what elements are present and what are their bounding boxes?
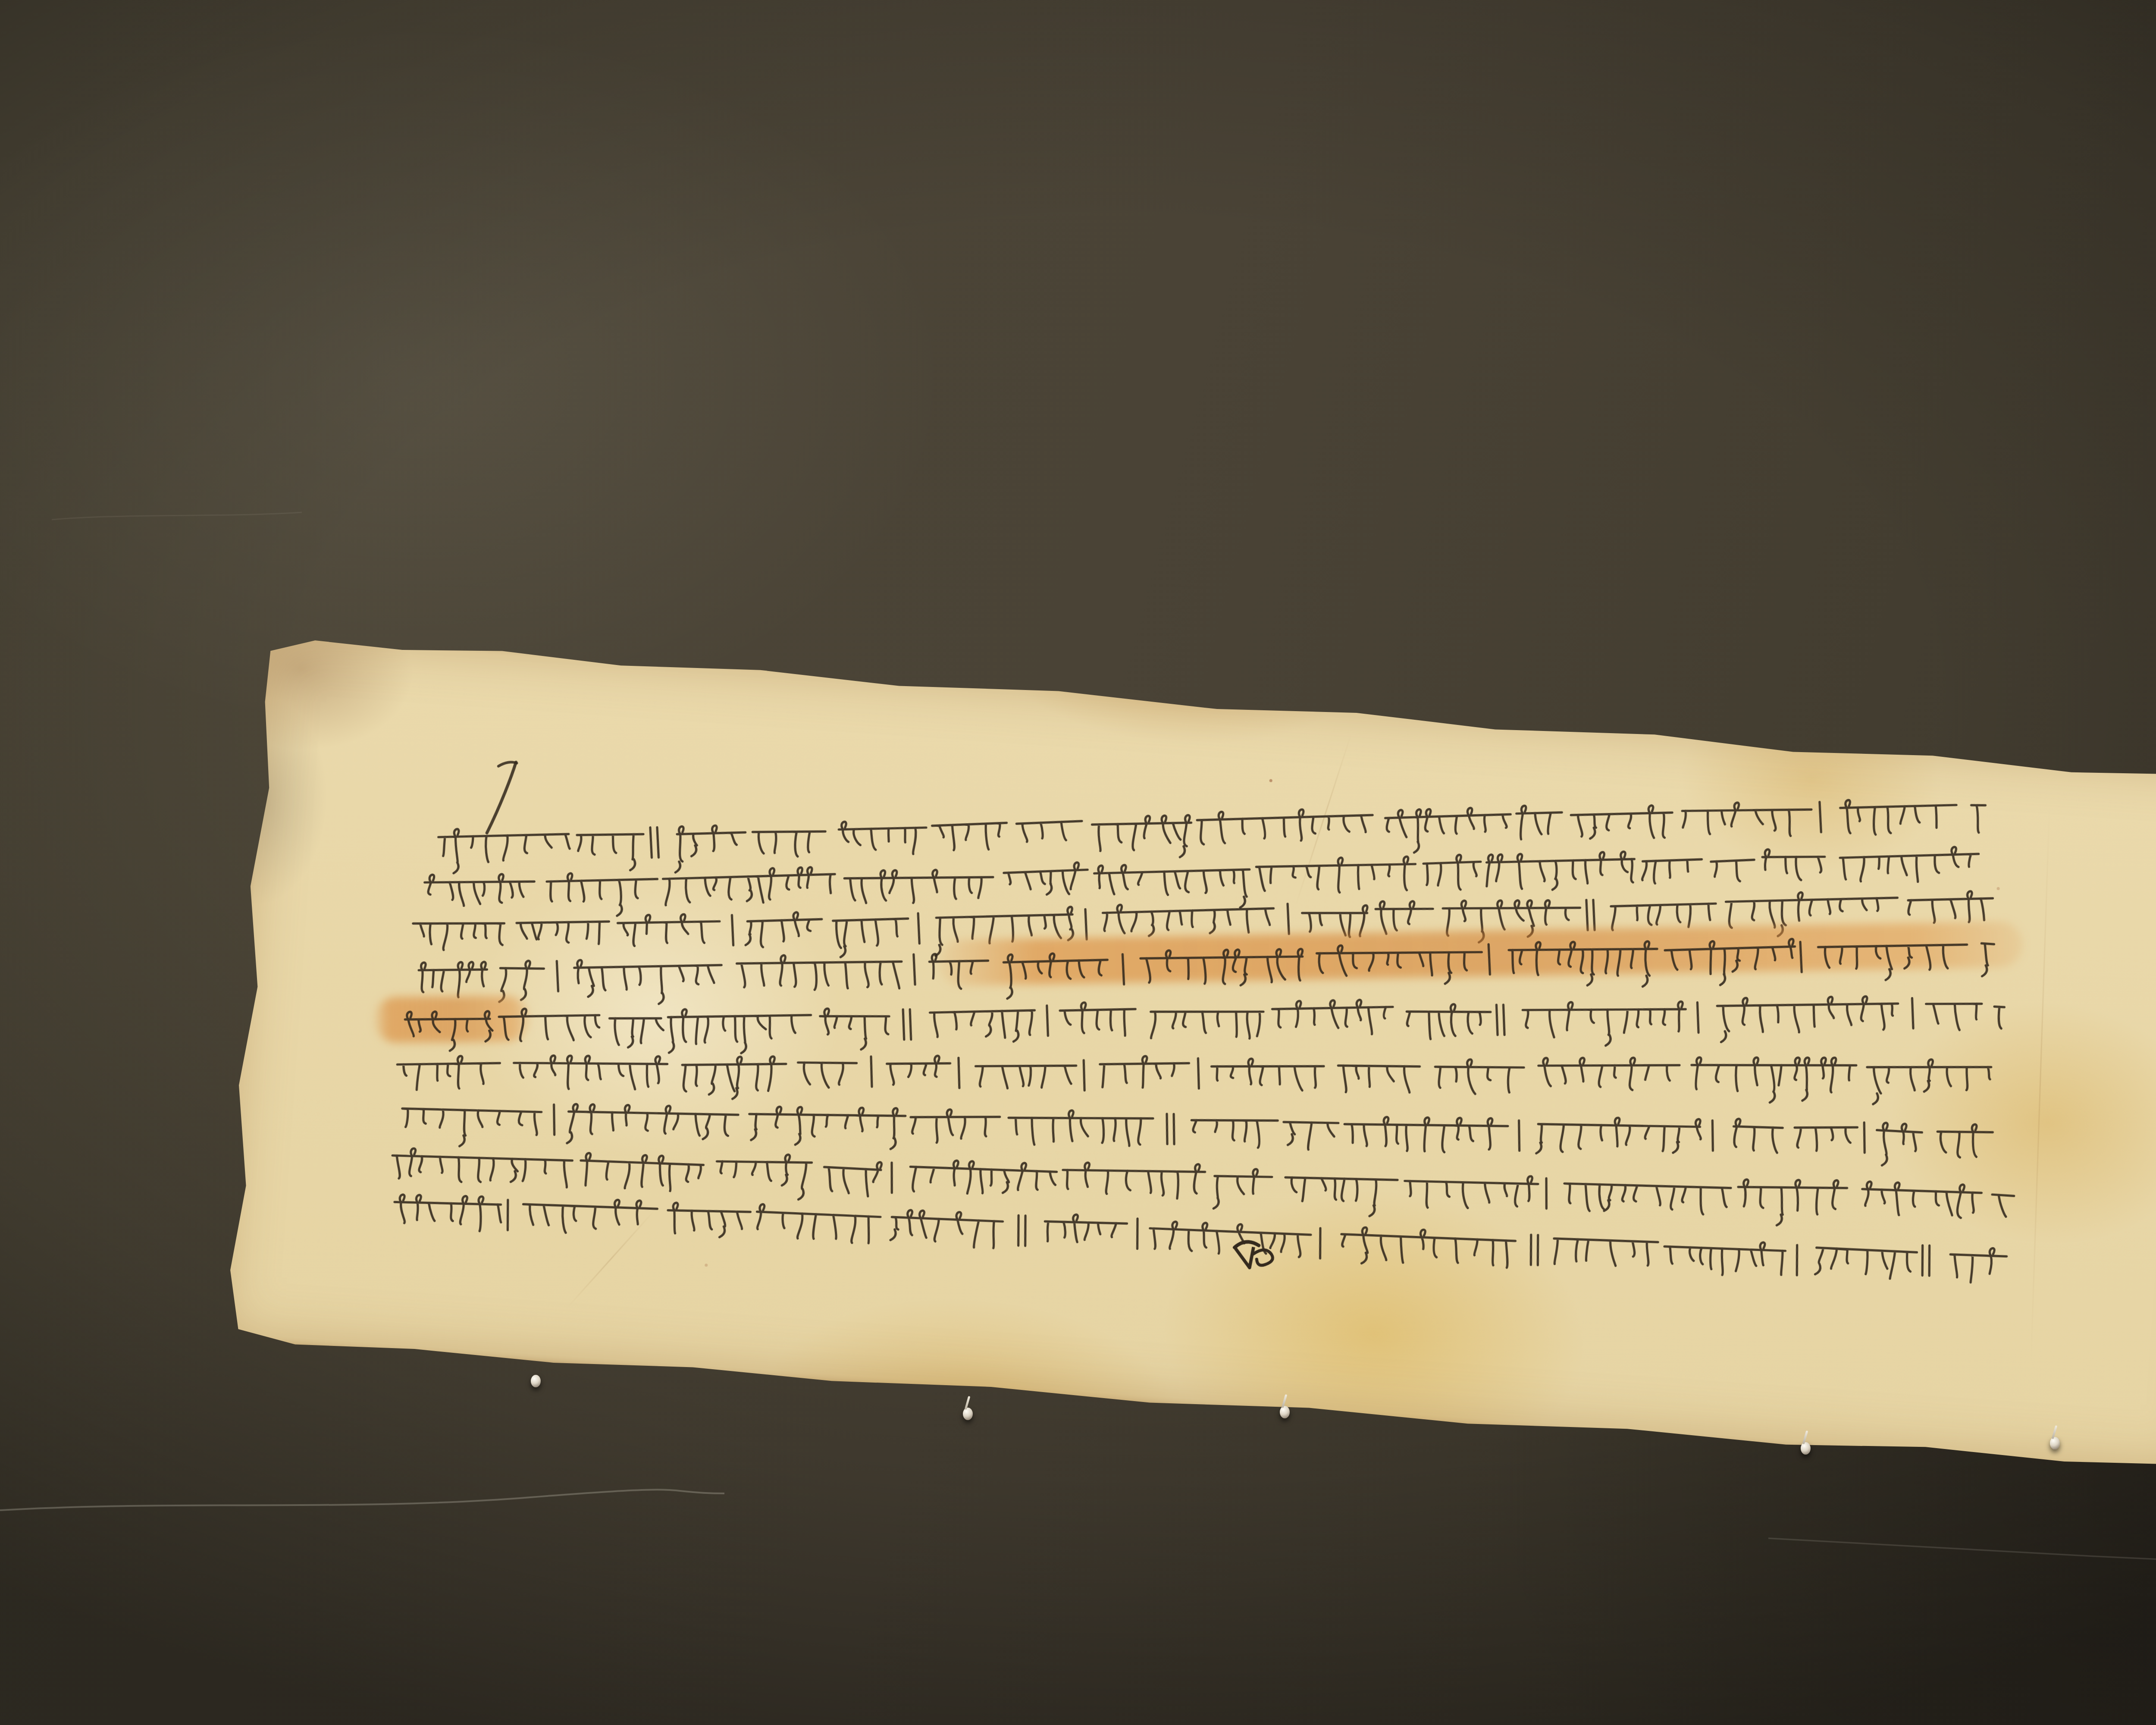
pin bbox=[1280, 1406, 1290, 1418]
insertion-mark-transcription: ৴ bbox=[466, 755, 528, 840]
pin bbox=[1801, 1442, 1811, 1455]
fibre-speck bbox=[1269, 779, 1272, 782]
line-transcription: ন পাণ্ডবঃ ৷ নবিকাথে ভীম সোনো ভিহ্মমান হব… bbox=[390, 1048, 2014, 1095]
folio-mark-transcription: বু bbox=[1222, 1231, 1290, 1283]
crease-line bbox=[2030, 804, 2050, 1364]
pin bbox=[531, 1375, 541, 1387]
text-line: ন পাণ্ডবঃ ৷ নবিকাথে ভীম সোনো ভিহ্মমান হব… bbox=[390, 1048, 2014, 1095]
pin bbox=[963, 1408, 973, 1420]
manuscript-photo: ৴ স্বেতি ত্রি সুমহত্তব গন্ধবা ৷ পতিত্তে … bbox=[0, 0, 2156, 1725]
manuscript-leaf: ৴ স্বেতি ত্রি সুমহত্তব গন্ধবা ৷ পতিত্তে … bbox=[216, 630, 2156, 1476]
fibre-speck bbox=[705, 1264, 708, 1267]
pin bbox=[2050, 1437, 2060, 1449]
